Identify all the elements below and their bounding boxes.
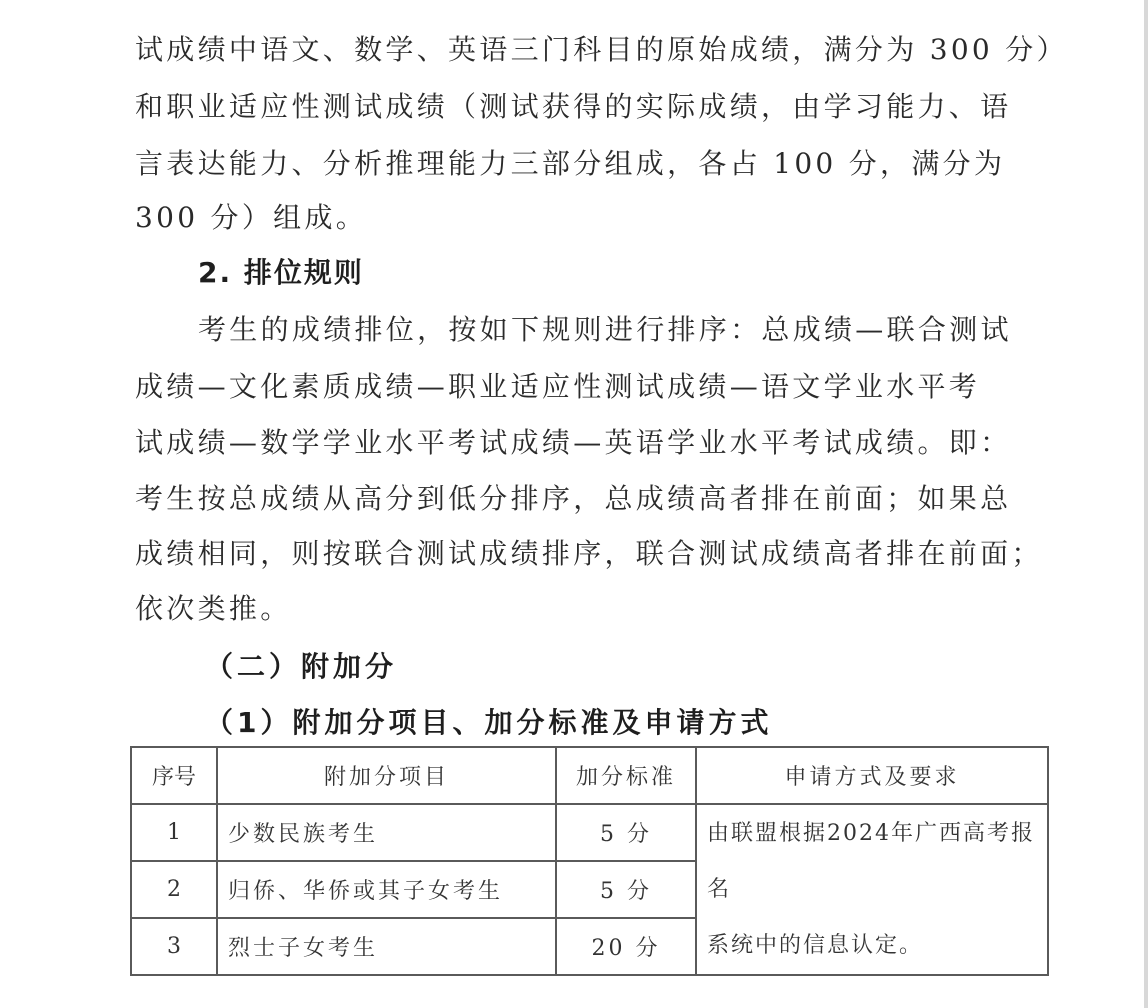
- paragraph-line: 300 分）组成。: [135, 201, 367, 235]
- paragraph-line: 和职业适应性测试成绩（测试获得的实际成绩，由学习能力、语: [135, 90, 1011, 124]
- ranking-line: 试成绩—数学学业水平考试成绩—英语学业水平考试成绩。即：: [135, 426, 1011, 460]
- cell-item: 归侨、华侨或其子女考生: [217, 861, 556, 918]
- paragraph-line: 试成绩中语文、数学、英语三门科目的原始成绩，满分为 300 分）: [135, 33, 1068, 67]
- table-row: 1 少数民族考生 5 分 由联盟根据2024年广西高考报名 系统中的信息认定。: [131, 804, 1048, 861]
- ranking-line: 依次类推。: [135, 592, 292, 626]
- ranking-line: 考生按总成绩从高分到低分排序，总成绩高者排在前面；如果总: [135, 482, 1011, 516]
- ranking-line: 考生的成绩排位，按如下规则进行排序：总成绩—联合测试: [198, 313, 1012, 347]
- cell-standard: 5 分: [556, 804, 696, 861]
- bonus-points-table: 序号 附加分项目 加分标准 申请方式及要求 1 少数民族考生 5 分 由联盟根据…: [130, 746, 1049, 976]
- section-heading-bonus: （二）附加分: [205, 650, 397, 684]
- header-no: 序号: [131, 747, 217, 804]
- cell-no: 1: [131, 804, 217, 861]
- paragraph-line: 言表达能力、分析推理能力三部分组成，各占 100 分，满分为: [135, 147, 1005, 181]
- cell-standard: 20 分: [556, 918, 696, 975]
- section-heading-ranking: 2. 排位规则: [198, 256, 364, 290]
- table-header-row: 序号 附加分项目 加分标准 申请方式及要求: [131, 747, 1048, 804]
- header-item: 附加分项目: [217, 747, 556, 804]
- cell-no: 2: [131, 861, 217, 918]
- cell-item: 烈士子女考生: [217, 918, 556, 975]
- header-requirement: 申请方式及要求: [696, 747, 1048, 804]
- subsection-heading-bonus-items: （1）附加分项目、加分标准及申请方式: [205, 706, 773, 740]
- requirement-line: 由联盟根据2024年广西高考报名: [707, 806, 1037, 918]
- cell-standard: 5 分: [556, 861, 696, 918]
- cell-no: 3: [131, 918, 217, 975]
- page-edge: [1144, 0, 1148, 1008]
- requirement-line: 系统中的信息认定。: [707, 918, 1037, 974]
- header-standard: 加分标准: [556, 747, 696, 804]
- ranking-line: 成绩相同，则按联合测试成绩排序，联合测试成绩高者排在前面；: [135, 537, 1043, 571]
- ranking-line: 成绩—文化素质成绩—职业适应性测试成绩—语文学业水平考: [135, 370, 980, 404]
- cell-requirement: 由联盟根据2024年广西高考报名 系统中的信息认定。: [696, 804, 1048, 975]
- cell-item: 少数民族考生: [217, 804, 556, 861]
